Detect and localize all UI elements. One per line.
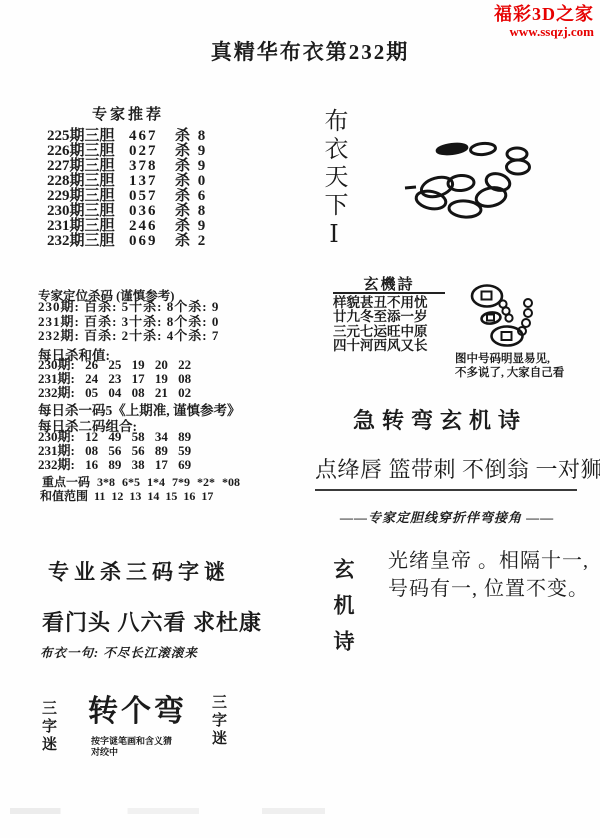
kill-sum-row: 230期: 26 25 19 20 22 [38,358,191,372]
expert-row: 227期三胆378杀 9 [47,159,207,174]
row-kill: 杀 9 [175,144,207,159]
expert-dantuo-line: ——专家定胆线穿折伴弯接角 —— [340,507,554,526]
kill-two-row: 230期: 12 49 58 34 89 [38,430,191,444]
row-issue: 227期三胆 [47,159,129,174]
poem-line: 廿九冬至添一岁 [333,310,428,324]
expert-row: 229期三胆057杀 6 [47,189,207,204]
three-char-label-left: 三字迷 [38,700,59,754]
position-kill-row: 230期: 百杀: 5十杀: 8个杀: 9 [38,300,219,315]
poem-header-underline [333,292,445,294]
position-kill-row: 231期: 百杀: 3十杀: 8个杀: 0 [38,315,219,330]
kill-two-rows: 230期: 12 49 58 34 89 231期: 08 56 56 89 5… [38,430,191,473]
site-url-link[interactable]: www.ssqzj.com [494,25,594,39]
riddle-line: 看门头 八六看 求杜康 [42,606,262,637]
mystic-poem2-line1: 光绪皇帝 。相隔十一, [388,547,589,575]
scan-artifact [10,808,430,814]
row-kill: 杀 9 [175,159,207,174]
kill-sum-row: 231期: 24 23 17 19 08 [38,372,191,386]
row-kill: 杀 6 [175,189,207,204]
sharp-turn-clues: 点绛唇 篮带刺 不倒翁 一对狮 [315,453,577,491]
row-dan: 069 [129,234,175,249]
sum-range-line: 和值范围 11 12 13 14 15 16 17 [40,487,213,504]
row-issue: 232期三胆 [47,234,129,249]
expert-row: 231期三胆246杀 9 [47,219,207,234]
figure-caption-line1: 图中号码明显易见, [455,352,564,366]
expert-row: 232期三胆069杀 2 [47,234,207,249]
mystic-poem2-line2: 号码有一, 位置不变。 [388,575,589,603]
kill-two-row: 231期: 08 56 56 89 59 [38,444,191,458]
row-dan: 246 [129,219,175,234]
row-dan: 036 [129,204,175,219]
kill-sum-rows: 230期: 26 25 19 20 22 231期: 24 23 17 19 0… [38,358,191,399]
three-char-answer: 转个弯 [88,686,187,730]
row-dan: 057 [129,189,175,204]
expert-row: 228期三胆137杀 0 [47,174,207,189]
row-issue: 231期三胆 [47,219,129,234]
row-issue: 226期三胆 [47,144,129,159]
lottery-sheet-page: { "brand": { "name": "福彩3D之家", "url": "w… [0,0,600,838]
position-kill-rows: 230期: 百杀: 5十杀: 8个杀: 9 231期: 百杀: 3十杀: 8个杀… [38,300,219,344]
page-title: 真精华布衣第232期 [120,36,500,66]
row-dan: 137 [129,174,175,189]
three-char-note-line1: 按字谜笔画和含义猜 [91,736,172,747]
position-kill-row: 232期: 百杀: 2十杀: 4个杀: 7 [38,329,219,344]
row-issue: 230期三胆 [47,204,129,219]
row-kill: 杀 2 [175,234,207,249]
buyi-quote: 布衣一句: 不尽长江滚滚来 [40,643,198,661]
row-dan: 378 [129,159,175,174]
mystic-poem-header: 玄機詩 [352,273,426,294]
figure-caption-line2: 不多说了, 大家自己看 [455,366,564,380]
mystic-poem-lines: 样貌甚丑不用忧 廿九冬至添一岁 三元七运旺中原 四十河西风又长 [333,296,428,354]
poem-line: 四十河西风又长 [333,339,428,353]
expert-row: 226期三胆027杀 9 [47,144,207,159]
row-dan: 027 [129,144,175,159]
row-kill: 杀 8 [175,129,207,144]
coin-sketch [450,272,575,352]
buyi-tianxia-vertical-title: 布衣天下Ⅰ [316,108,351,252]
expert-recommend-header: 专家推荐 [58,103,198,124]
expert-row: 230期三胆036杀 8 [47,204,207,219]
three-code-riddle-title: 专业杀三码字谜 [48,556,230,586]
mystic-poem2-vertical-label: 玄机诗 [328,558,358,666]
three-char-label-right: 三字迷 [208,694,229,748]
row-kill: 杀 0 [175,174,207,189]
figure-caption: 图中号码明显易见, 不多说了, 大家自己看 [455,352,564,380]
mystic-poem2-text: 光绪皇帝 。相隔十一, 号码有一, 位置不变。 [388,547,589,603]
row-issue: 229期三胆 [47,189,129,204]
row-issue: 228期三胆 [47,174,129,189]
expert-recommend-list: 225期三胆467杀 8 226期三胆027杀 9 227期三胆378杀 9 2… [47,129,207,249]
kill-sum-row: 232期: 05 04 08 21 02 [38,386,191,400]
row-issue: 225期三胆 [47,129,129,144]
row-kill: 杀 9 [175,219,207,234]
site-name: 福彩3D之家 [494,5,594,25]
expert-row: 225期三胆467杀 8 [47,129,207,144]
kill-two-row: 232期: 16 89 38 17 69 [38,458,191,472]
row-kill: 杀 8 [175,204,207,219]
site-watermark: 福彩3D之家 www.ssqzj.com [494,5,594,39]
three-char-note-line2: 对绞中 [91,747,172,758]
row-dan: 467 [129,129,175,144]
hand-drawn-ovals-sketch [395,125,545,220]
sharp-turn-title: 急转弯玄机诗 [320,404,560,435]
three-char-note: 按字谜笔画和含义猜 对绞中 [91,736,172,758]
